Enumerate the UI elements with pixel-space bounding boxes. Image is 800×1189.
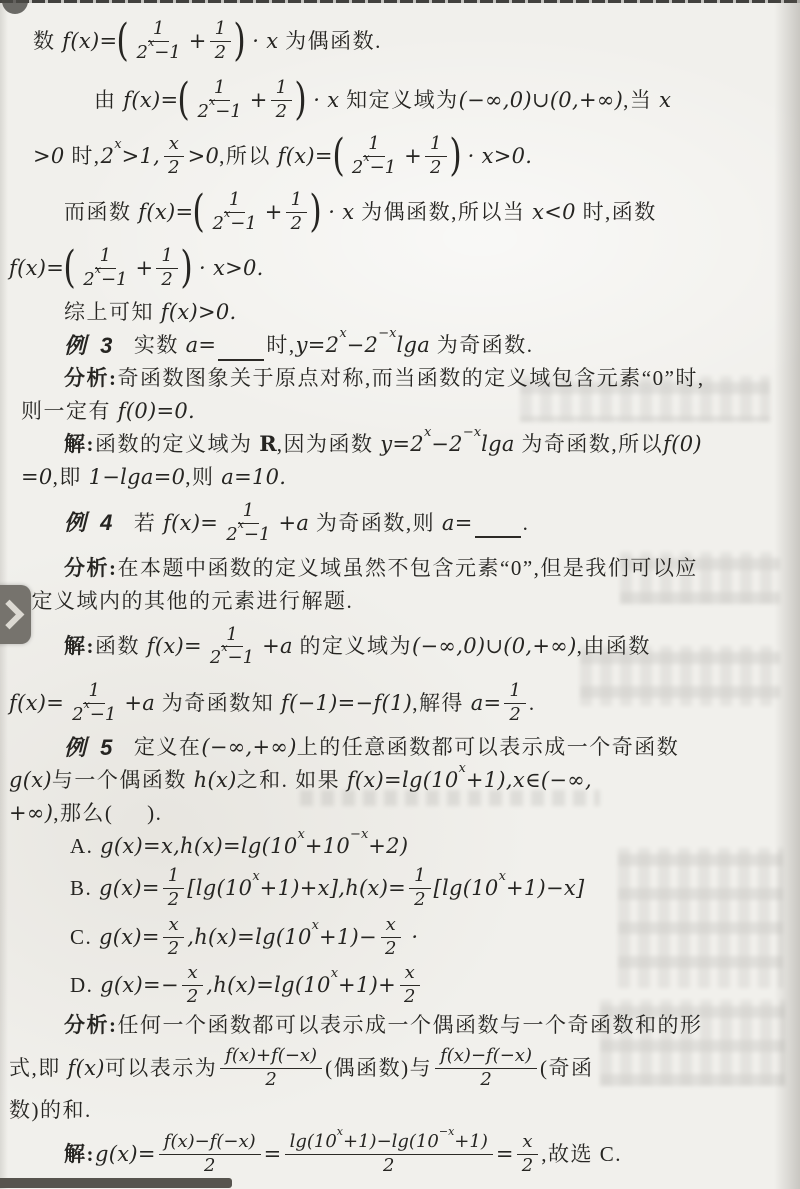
fraction: 12 — [210, 19, 231, 62]
math-run: h(x) — [194, 768, 237, 792]
math-run: f(x)= — [62, 29, 117, 53]
text-run: 函数的定义域为 — [95, 432, 259, 456]
fraction-numerator: x — [182, 963, 202, 985]
bold-label: 分析: — [64, 556, 118, 580]
math-run: · x — [306, 88, 339, 112]
example-5-option-c: C. g(x)=x2,h(x)=lg(10x+1)−x2 · — [0, 913, 782, 961]
math-run: · x — [245, 29, 278, 53]
bold-label: 解: — [64, 432, 95, 456]
text-run: 数)的和. — [9, 1098, 92, 1122]
para-conclusion: 综上可知 f(x)>0. — [0, 296, 782, 329]
example-4-solution-line2: f(x)=12x−1+a 为奇函数知 f(−1)=−f(1),解得 a=12. — [0, 675, 782, 731]
math-run: [lg(10x+1)+x],h(x)= — [187, 876, 406, 900]
example-3-solution-line1: 解:函数的定义域为 R,因为函数 y=2x−2−xlga 为奇函数,所以f(0) — [0, 428, 782, 461]
math-run: [lg(10x+1)−x] — [434, 876, 585, 900]
math-run: f(x)= — [9, 691, 64, 715]
text-run: C. — [70, 925, 99, 949]
fraction-denominator: 2 — [399, 986, 420, 1007]
fraction-denominator: 2x−1 — [132, 42, 186, 63]
fraction-denominator: 2 — [210, 42, 231, 63]
bold-label: 解: — [64, 1142, 95, 1166]
text-run: 可以表示为 — [105, 1056, 218, 1080]
fraction-numerator: 1 — [286, 190, 307, 212]
math-run: +a — [278, 511, 309, 535]
example-5-option-a: A. g(x)=x,h(x)=lg(10x+10−x+2) — [0, 830, 782, 863]
fraction: 12x−1 — [221, 501, 275, 544]
fraction: 12x−1 — [193, 78, 247, 121]
fraction-denominator: 2 — [199, 1155, 220, 1176]
fraction-denominator: 2x−1 — [205, 647, 259, 668]
example-5-solution: 解:g(x)=f(x)−f(−x)2=lg(10x+1)−lg(10−x+1)2… — [0, 1127, 782, 1181]
math-run: = — [496, 1142, 514, 1166]
math-run: + — [265, 200, 283, 224]
text-run: . — [523, 511, 530, 535]
math-run: f(x)= — [138, 200, 193, 224]
big-paren-close: ) — [180, 248, 192, 288]
math-run: >0 — [188, 144, 220, 168]
bold-label: 解: — [64, 634, 95, 658]
text-run: ,由函数 — [577, 634, 651, 658]
text-block: 数 f(x)=(12x−1+12) · x 为偶函数.由 f(x)=(12x−1… — [0, 8, 782, 1181]
fraction-denominator: 2 — [260, 1069, 281, 1090]
math-run: + — [250, 88, 268, 112]
text-run: 的定义域为 — [293, 634, 412, 658]
text-run: 综上可知 — [64, 300, 161, 324]
text-run: ,故选 C. — [541, 1142, 622, 1166]
math-run: f(x)= — [147, 634, 202, 658]
set-symbol-R: R — [259, 432, 276, 456]
example-5-problem-line2: g(x)与一个偶函数 h(x)之和. 如果 f(x)=lg(10x+1),x∈(… — [0, 764, 782, 797]
text-run: 为偶函数,所以当 — [354, 200, 532, 224]
math-run: ,h(x)=lg(10x+1)+ — [206, 973, 396, 997]
example-5-analysis-line1: 分析:任何一个函数都可以表示成一个偶函数与一个奇函数和的形 — [0, 1009, 782, 1042]
text-run: 时,函数 — [576, 200, 657, 224]
math-run: y=2x−2−xlga — [380, 432, 514, 456]
fraction: f(x)+f(−x)2 — [220, 1046, 322, 1089]
fraction-numerator: x — [400, 963, 420, 985]
text-run: (奇函 — [540, 1056, 594, 1080]
text-run: 为偶函数. — [278, 29, 382, 53]
fraction: f(x)−f(−x)2 — [159, 1132, 261, 1175]
example-4-analysis-line1: 分析:在本题中函数的定义域虽然不包含元素“0”,但是我们可以应 — [0, 552, 782, 585]
math-run: ,h(x)=lg(10x+1)− — [187, 925, 377, 949]
bold-label: 分析: — [64, 366, 118, 390]
text-run: 在本题中函数的定义域虽然不包含元素“0”,但是我们可以应 — [118, 556, 698, 580]
math-run: +a — [124, 691, 155, 715]
text-run: 奇函数图象关于原点对称,而当函数的定义域包含元素“0”时, — [118, 366, 705, 390]
example-4-solution-line1: 解:函数 f(x)=12x−1+a 的定义域为(−∞,0)∪(0,+∞),由函数 — [0, 618, 782, 675]
fraction: 12 — [409, 866, 430, 909]
fraction-numerator: 1 — [425, 134, 446, 156]
text-run: 若 — [120, 511, 163, 535]
text-run: 为奇函数知 — [155, 691, 281, 715]
math-run: g(x)= — [99, 925, 160, 949]
text-run: 函数 — [95, 634, 147, 658]
example-label: 例 3 — [64, 333, 120, 358]
text-run: 实数 — [120, 333, 185, 357]
fraction: 12x−1 — [132, 19, 186, 62]
fraction: x2 — [163, 915, 184, 958]
big-paren-close: ) — [295, 80, 307, 120]
fraction-denominator: 2 — [425, 157, 446, 178]
math-run: + — [189, 29, 207, 53]
scan-edge-bar — [0, 1178, 232, 1188]
para-negative-case-line: f(x)=(12x−1+12) · x>0. — [0, 240, 782, 296]
big-paren-close: ) — [310, 192, 322, 232]
text-run: . — [529, 691, 536, 715]
fraction-denominator: 2 — [517, 1155, 538, 1176]
para-domain-line: 由 f(x)=(12x−1+12) · x 知定义域为(−∞,0)∪(0,+∞)… — [0, 72, 782, 128]
text-run: 为奇函数. — [430, 333, 534, 357]
math-run: 1−lga=0 — [89, 465, 186, 489]
text-run: 用定义域内的其他的元素进行解题. — [9, 589, 353, 613]
example-5-analysis-line3: 数)的和. — [0, 1094, 782, 1127]
fraction: x2 — [163, 134, 184, 177]
fraction: lg(10x+1)−lg(10−x+1)2 — [285, 1132, 493, 1175]
fraction-numerator: 1 — [271, 78, 292, 100]
fraction-denominator: 2x−1 — [78, 269, 132, 290]
page-nav-button[interactable] — [0, 585, 31, 644]
text-run: B. — [70, 876, 99, 900]
fraction-denominator: 2x−1 — [208, 213, 262, 234]
math-run: (−∞,0)∪(0,+∞) — [412, 634, 577, 658]
fraction: 12 — [425, 134, 446, 177]
fraction: 12 — [163, 866, 184, 909]
big-paren-open: ( — [178, 80, 190, 120]
fraction: 12x−1 — [347, 134, 401, 177]
fraction: 12 — [156, 246, 177, 289]
math-run: a= — [442, 511, 473, 535]
math-run: · x>0. — [461, 144, 533, 168]
fraction: 12x−1 — [208, 190, 262, 233]
fraction: 12x−1 — [67, 681, 121, 724]
math-run: f(x)= — [123, 88, 178, 112]
fraction-denominator: 2 — [378, 1155, 399, 1176]
text-run: 与一个偶函数 — [52, 768, 194, 792]
fraction-numerator: f(x)−f(−x) — [159, 1132, 261, 1154]
scan-top-edge-artifact — [0, 0, 800, 3]
math-run: f(x)>0. — [161, 300, 237, 324]
fraction: 12 — [286, 190, 307, 233]
text-run: ,则 — [185, 465, 221, 489]
fraction-numerator: 1 — [504, 681, 525, 703]
math-run: · — [404, 925, 418, 949]
fraction-denominator: 2 — [380, 938, 401, 959]
big-paren-close: ) — [449, 136, 461, 176]
big-paren-open: ( — [117, 21, 129, 61]
text-run: 时, — [65, 144, 101, 168]
text-run: ,那么( ). — [53, 801, 162, 825]
example-5-option-d: D. g(x)=−x2,h(x)=lg(10x+1)+x2 — [0, 961, 782, 1009]
big-paren-close: ) — [234, 21, 246, 61]
fraction-denominator: 2 — [156, 269, 177, 290]
text-run: ,解得 — [412, 691, 471, 715]
math-run: g(x) — [9, 768, 52, 792]
math-run: + — [136, 256, 154, 280]
fraction-numerator: 1 — [409, 866, 430, 888]
math-run: +a — [262, 634, 293, 658]
bold-label: 分析: — [64, 1013, 118, 1037]
text-run: 为奇函数,则 — [309, 511, 442, 535]
big-paren-open: ( — [332, 136, 344, 176]
fraction-denominator: 2x−1 — [193, 101, 247, 122]
example-5-analysis-line2: 式,即 f(x)可以表示为f(x)+f(−x)2(偶函数)与f(x)−f(−x)… — [0, 1042, 782, 1094]
fraction-denominator: 2 — [286, 213, 307, 234]
fraction-denominator: 2 — [475, 1069, 496, 1090]
fraction-denominator: 2x−1 — [67, 704, 121, 725]
fraction-denominator: 2 — [504, 704, 525, 725]
para-positive-case-line: >0 时,2x>1,x2>0,所以 f(x)=(12x−1+12) · x>0. — [0, 128, 782, 184]
math-run: =0 — [21, 465, 53, 489]
math-run: +∞) — [9, 801, 53, 825]
text-run: (偶函数)与 — [325, 1056, 432, 1080]
fraction-numerator: x — [164, 134, 184, 156]
math-run: f(x)=lg(10x+1),x∈(−∞, — [347, 768, 592, 792]
text-run: 定义在 — [120, 735, 201, 759]
math-run: f(0) — [663, 432, 702, 456]
math-run: a=10. — [221, 465, 286, 489]
fraction-numerator: x — [517, 1132, 537, 1154]
math-run: a= — [186, 333, 217, 357]
text-run: 数 — [33, 29, 62, 53]
para-even-symmetry-line: 而函数 f(x)=(12x−1+12) · x 为偶函数,所以当 x<0 时,函… — [0, 184, 782, 240]
math-run: · x — [321, 200, 354, 224]
example-5-problem-line1: 例 5 定义在(−∞,+∞)上的任意函数都可以表示成一个奇函数 — [0, 731, 782, 764]
fraction-numerator: f(x)+f(−x) — [220, 1046, 322, 1068]
math-run: f(x)= — [278, 144, 333, 168]
example-3-analysis-line1: 分析:奇函数图象关于原点对称,而当函数的定义域包含元素“0”时, — [0, 362, 782, 395]
text-run: 而函数 — [64, 200, 138, 224]
math-run: g(x)= — [99, 876, 160, 900]
example-3-solution-line2: =0,即 1−lga=0,则 a=10. — [0, 461, 782, 494]
text-run: A. — [70, 834, 100, 858]
math-run: g(x)=− — [100, 973, 179, 997]
fraction: x2 — [380, 915, 401, 958]
text-run: ,因为函数 — [277, 432, 381, 456]
math-run: >0 — [33, 144, 65, 168]
example-5-option-b: B. g(x)=12[lg(10x+1)+x],h(x)=12[lg(10x+1… — [0, 863, 782, 913]
text-run: 为奇函数,所以 — [515, 432, 664, 456]
example-3-analysis-line2: 则一定有 f(0)=0. — [0, 395, 782, 428]
fraction: 12x−1 — [205, 625, 259, 668]
math-run: a= — [471, 691, 502, 715]
example-3-problem: 例 3 实数 a=时,y=2x−2−xlga 为奇函数. — [0, 329, 782, 362]
math-run: + — [404, 144, 422, 168]
text-run: ,当 — [623, 88, 659, 112]
fraction-numerator: x — [381, 915, 401, 937]
fraction-numerator: f(x)−f(−x) — [435, 1046, 537, 1068]
math-run: (−∞,0)∪(0,+∞) — [459, 88, 624, 112]
text-run: 任何一个函数都可以表示成一个偶函数与一个奇函数和的形 — [118, 1013, 703, 1037]
math-run: y=2x−2−xlga — [296, 333, 430, 357]
fraction-numerator: lg(10x+1)−lg(10−x+1) — [285, 1132, 493, 1154]
para-even-function-line1: 数 f(x)=(12x−1+12) · x 为偶函数. — [0, 8, 782, 72]
text-run: ,即 — [53, 465, 89, 489]
math-run: f(0)=0. — [118, 399, 195, 423]
math-run: (−∞,+∞) — [201, 735, 296, 759]
fraction-denominator: 2x−1 — [347, 157, 401, 178]
example-label: 例 4 — [64, 510, 120, 535]
text-run: 由 — [94, 88, 123, 112]
text-run: 之和. 如果 — [237, 768, 347, 792]
fraction: f(x)−f(−x)2 — [435, 1046, 537, 1089]
fraction: 12x−1 — [78, 246, 132, 289]
text-run: 知定义域为 — [339, 88, 458, 112]
example-4-problem: 例 4 若 f(x)=12x−1+a 为奇函数,则 a=. — [0, 494, 782, 552]
big-paren-open: ( — [193, 192, 205, 232]
chevron-right-icon — [0, 600, 24, 630]
fraction-numerator: 1 — [156, 246, 177, 268]
math-run: f(x)= — [163, 511, 218, 535]
fraction-denominator: 2 — [163, 157, 184, 178]
math-run: 2x>1, — [101, 144, 161, 168]
fraction-numerator: 1 — [163, 866, 184, 888]
text-run: ,所以 — [219, 144, 278, 168]
math-run: x<0 — [532, 200, 576, 224]
math-run: · x>0. — [192, 256, 264, 280]
text-run: 上的任意函数都可以表示成一个奇函数 — [297, 735, 680, 759]
example-label: 例 5 — [64, 735, 120, 760]
fraction: x2 — [399, 963, 420, 1006]
math-run: = — [264, 1142, 282, 1166]
text-run: 式,即 — [9, 1056, 68, 1080]
scanned-page: 数 f(x)=(12x−1+12) · x 为偶函数.由 f(x)=(12x−1… — [0, 0, 800, 1189]
fraction-numerator: 1 — [210, 19, 231, 41]
answer-blank — [218, 343, 264, 361]
math-run: f(−1)=−f(1) — [281, 691, 412, 715]
fraction-denominator: 2 — [163, 889, 184, 910]
answer-blank — [475, 520, 521, 538]
math-run: f(x)= — [9, 256, 64, 280]
text-run: D. — [70, 973, 100, 997]
big-paren-open: ( — [64, 248, 76, 288]
example-5-problem-line3: +∞),那么( ). — [0, 797, 782, 830]
example-4-analysis-line2: 用定义域内的其他的元素进行解题. — [0, 585, 782, 618]
fraction: 12 — [504, 681, 525, 724]
text-run: 则一定有 — [21, 399, 118, 423]
fraction: x2 — [517, 1132, 538, 1175]
math-run: g(x)=x,h(x)=lg(10x+10−x+2) — [100, 834, 408, 858]
math-run: f(x) — [68, 1056, 105, 1080]
fraction-denominator: 2 — [271, 101, 292, 122]
fraction-denominator: 2 — [182, 986, 203, 1007]
fraction-denominator: 2x−1 — [221, 524, 275, 545]
fraction-numerator: x — [163, 915, 183, 937]
fraction: 12 — [271, 78, 292, 121]
fraction-denominator: 2 — [163, 938, 184, 959]
fraction: x2 — [182, 963, 203, 1006]
fraction-denominator: 2 — [409, 889, 430, 910]
text-run: 时, — [266, 333, 295, 357]
math-run: g(x)= — [95, 1142, 156, 1166]
math-run: x — [659, 88, 671, 112]
